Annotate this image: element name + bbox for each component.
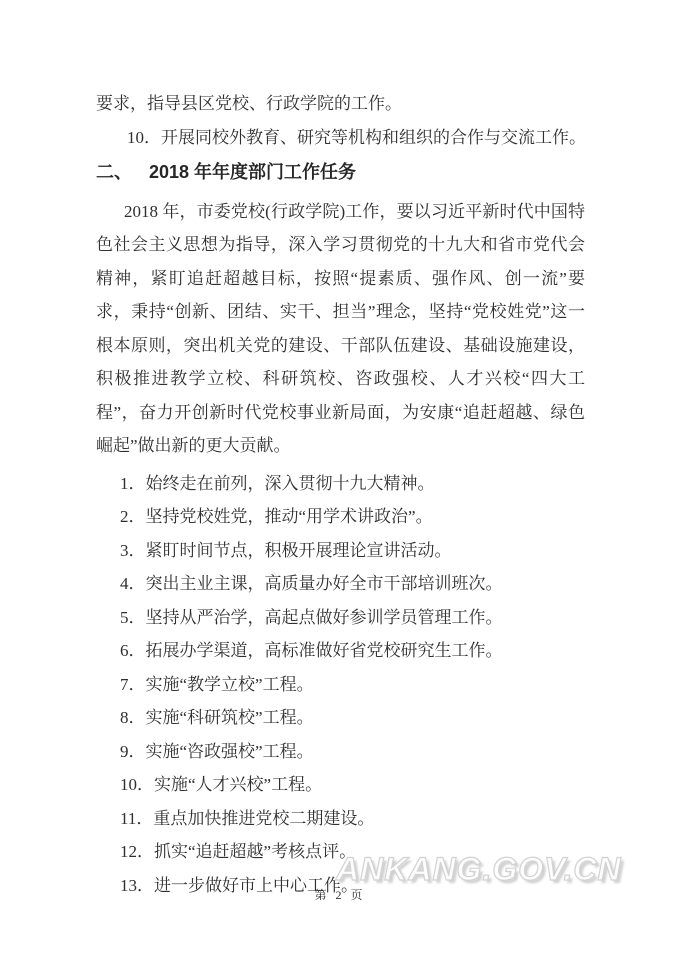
site-watermark: ANKANG.GOV.CN (336, 851, 622, 888)
task-item: 2．坚持党校姓党，推动“用学术讲政治”。 (96, 500, 585, 534)
document-page: 要求，指导县区党校、行政学院的工作。 10．开展同校外教育、研究等机构和组织的合… (0, 0, 680, 962)
main-paragraph: 2018 年，市委党校(行政学院)工作，要以习近平新时代中国特色社会主义思想为指… (96, 195, 585, 463)
task-item: 6．拓展办学渠道，高标准做好省党校研究生工作。 (96, 634, 585, 668)
section-heading: 二、2018 年年度部门工作任务 (96, 156, 585, 190)
task-item: 7．实施“教学立校”工程。 (96, 668, 585, 702)
task-item: 4．突出主业主课，高质量办好全市干部培训班次。 (96, 567, 585, 601)
task-item: 9．实施“咨政强校”工程。 (96, 735, 585, 769)
section-heading-marker: 二、 (96, 162, 132, 182)
task-list: 1．始终走在前列，深入贯彻十九大精神。 2．坚持党校姓党，推动“用学术讲政治”。… (96, 467, 585, 903)
page-number: 第 2 页 (0, 886, 680, 903)
task-item: 11．重点加快推进党校二期建设。 (96, 802, 585, 836)
intro-line-continuation: 要求，指导县区党校、行政学院的工作。 (96, 87, 585, 121)
intro-item-10: 10．开展同校外教育、研究等机构和组织的合作与交流工作。 (96, 121, 585, 155)
section-heading-title: 2018 年年度部门工作任务 (149, 162, 356, 182)
task-item: 10．实施“人才兴校”工程。 (96, 768, 585, 802)
task-item: 8．实施“科研筑校”工程。 (96, 701, 585, 735)
task-item: 1．始终走在前列，深入贯彻十九大精神。 (96, 467, 585, 501)
task-item: 3．紧盯时间节点，积极开展理论宣讲活动。 (96, 534, 585, 568)
task-item: 5．坚持从严治学，高起点做好参训学员管理工作。 (96, 601, 585, 635)
document-content: 要求，指导县区党校、行政学院的工作。 10．开展同校外教育、研究等机构和组织的合… (96, 87, 585, 902)
